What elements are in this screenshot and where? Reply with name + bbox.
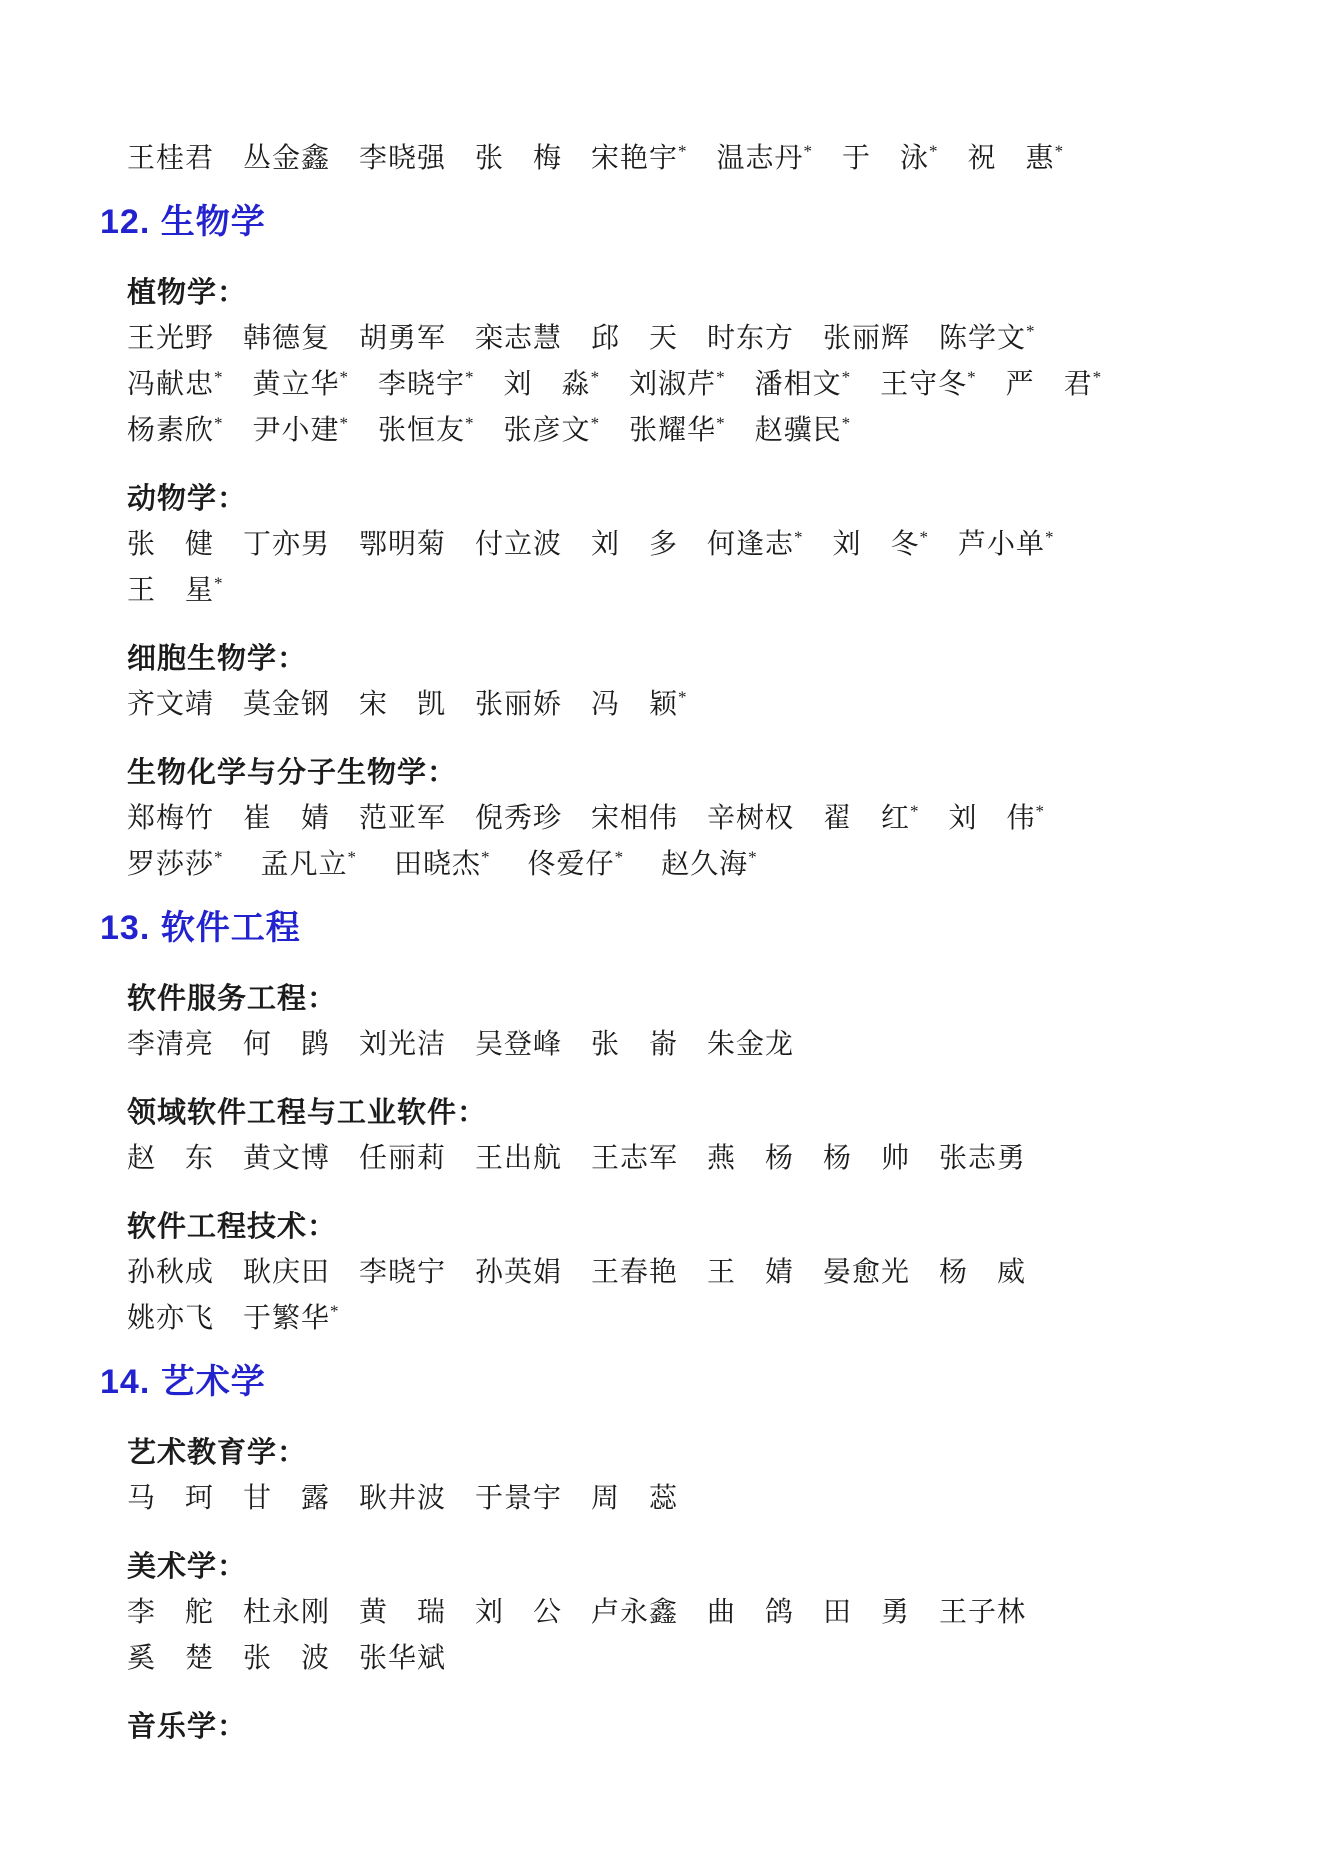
names-line: 罗莎莎* 孟凡立* 田晓杰* 佟爱仔* 赵久海* (127, 842, 1137, 888)
group-label-music: 音乐学： (127, 1704, 1137, 1750)
section-title-biology: 12. 生物学 (100, 196, 1137, 248)
group-label-fine-arts: 美术学： (127, 1544, 1137, 1590)
group-label-software-service: 软件服务工程： (127, 976, 1137, 1022)
document-content: 王桂君 丛金鑫 李晓强 张 梅 宋艳宇* 温志丹* 于 泳* 祝 惠* 12. … (127, 136, 1137, 1750)
names-line: 奚 楚 张 波 张华斌 (127, 1636, 1137, 1682)
names-line: 王 星* (127, 568, 1137, 614)
names-line: 郑梅竹 崔 婧 范亚军 倪秀珍 宋相伟 辛树权 翟 红* 刘 伟* (127, 796, 1137, 842)
group-label-art-education: 艺术教育学： (127, 1430, 1137, 1476)
names-line: 王光野 韩德复 胡勇军 栾志慧 邱 天 时东方 张丽辉 陈学文* (127, 316, 1137, 362)
names-line: 姚亦飞 于繁华* (127, 1296, 1137, 1342)
names-line: 杨素欣* 尹小建* 张恒友* 张彦文* 张耀华* 赵骥民* (127, 408, 1137, 454)
names-line: 冯献忠* 黄立华* 李晓宇* 刘 淼* 刘淑芹* 潘相文* 王守冬* 严 君* (127, 362, 1137, 408)
group-label-cell-biology: 细胞生物学： (127, 636, 1137, 682)
names-line: 齐文靖 莫金钢 宋 凯 张丽娇 冯 颖* (127, 682, 1137, 728)
group-label-botany: 植物学： (127, 270, 1137, 316)
group-label-domain-software: 领域软件工程与工业软件： (127, 1090, 1137, 1136)
names-line: 李清亮 何 鹍 刘光洁 吴登峰 张 嵛 朱金龙 (127, 1022, 1137, 1068)
names-line: 李 舵 杜永刚 黄 瑞 刘 公 卢永鑫 曲 鸽 田 勇 王子林 (127, 1590, 1137, 1636)
group-label-zoology: 动物学： (127, 476, 1137, 522)
names-line: 张 健 丁亦男 鄂明菊 付立波 刘 多 何逢志* 刘 冬* 芦小单* (127, 522, 1137, 568)
names-line: 王桂君 丛金鑫 李晓强 张 梅 宋艳宇* 温志丹* 于 泳* 祝 惠* (127, 136, 1137, 182)
names-line: 马 珂 甘 露 耿井波 于景宇 周 蕊 (127, 1476, 1137, 1522)
group-label-software-technology: 软件工程技术： (127, 1204, 1137, 1250)
group-label-biochemistry: 生物化学与分子生物学： (127, 750, 1137, 796)
names-line: 赵 东 黄文博 任丽莉 王出航 王志军 燕 杨 杨 帅 张志勇 (127, 1136, 1137, 1182)
document-page: 王桂君 丛金鑫 李晓强 张 梅 宋艳宇* 温志丹* 于 泳* 祝 惠* 12. … (0, 0, 1322, 1871)
section-title-software-engineering: 13. 软件工程 (100, 902, 1137, 954)
section-title-art: 14. 艺术学 (100, 1356, 1137, 1408)
names-line: 孙秋成 耿庆田 李晓宁 孙英娟 王春艳 王 婧 晏愈光 杨 威 (127, 1250, 1137, 1296)
